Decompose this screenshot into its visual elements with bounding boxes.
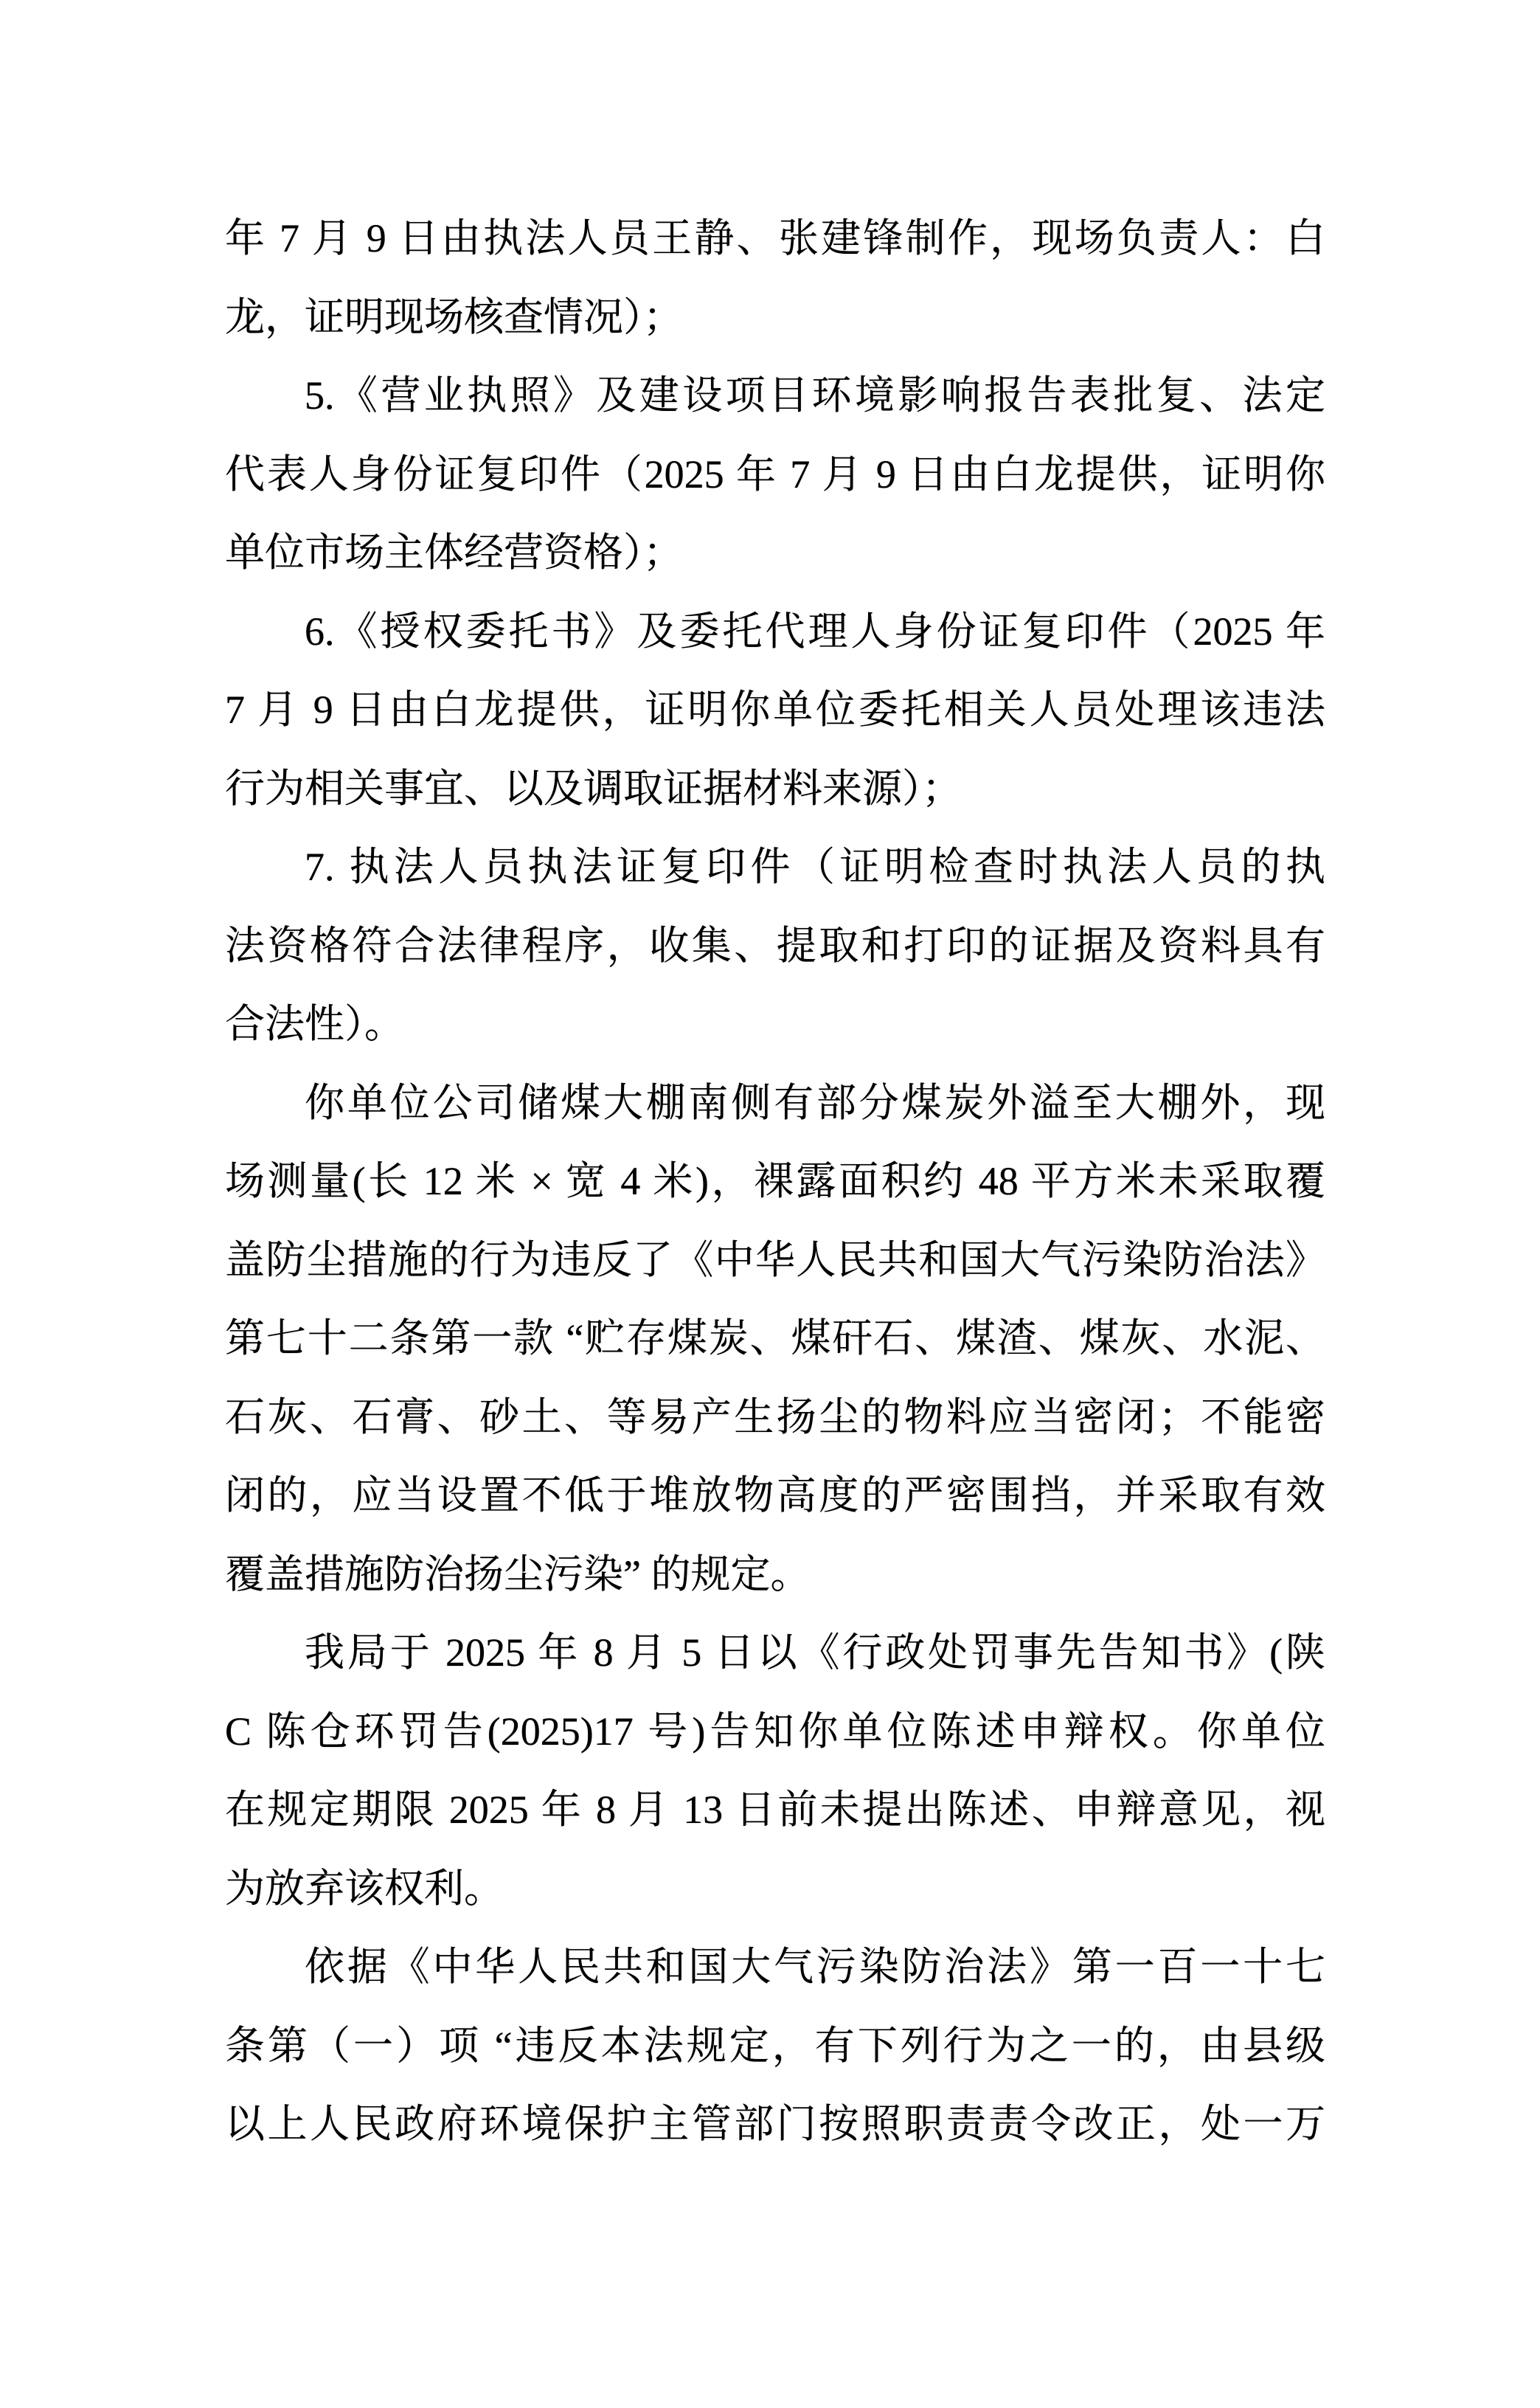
text-line: 为放弃该权利。 <box>225 1850 1325 1928</box>
text-line: 龙，证明现场核查情况）； <box>225 278 1325 357</box>
text-line: 代表人身份证复印件（2025 年 7 月 9 日由白龙提供，证明你 <box>225 435 1325 514</box>
text-line: 覆盖措施防治扬尘污染” 的规定。 <box>225 1535 1325 1614</box>
text-line: 盖防尘措施的行为违反了《中华人民共和国大气污染防治法》 <box>225 1221 1325 1300</box>
text-line: 闭的，应当设置不低于堆放物高度的严密围挡，并采取有效 <box>225 1456 1325 1535</box>
text-line: 6.《授权委托书》及委托代理人身份证复印件（2025 年 <box>225 592 1325 671</box>
text-line: 我局于 2025 年 8 月 5 日以《行政处罚事先告知书》(陕 <box>225 1613 1325 1692</box>
text-line: 第七十二条第一款 “贮存煤炭、煤矸石、煤渣、煤灰、水泥、 <box>225 1299 1325 1378</box>
text-line: 单位市场主体经营资格）； <box>225 513 1325 592</box>
text-line: 你单位公司储煤大棚南侧有部分煤炭外溢至大棚外，现 <box>225 1064 1325 1143</box>
text-line: 年 7 月 9 日由执法人员王静、张建锋制作，现场负责人：白 <box>225 199 1325 278</box>
text-line: 行为相关事宜、以及调取证据材料来源）； <box>225 750 1325 828</box>
document-page: 年 7 月 9 日由执法人员王静、张建锋制作，现场负责人：白龙，证明现场核查情况… <box>0 0 1540 2408</box>
text-line: 法资格符合法律程序，收集、提取和打印的证据及资料具有 <box>225 907 1325 986</box>
text-line: 5.《营业执照》及建设项目环境影响报告表批复、法定 <box>225 356 1325 435</box>
text-line: C 陈仓环罚告(2025)17 号)告知你单位陈述申辩权。你单位 <box>225 1692 1325 1771</box>
text-line: 石灰、石膏、砂土、等易产生扬尘的物料应当密闭；不能密 <box>225 1378 1325 1457</box>
text-line: 场测量(长 12 米 × 宽 4 米)，裸露面积约 48 平方米未采取覆 <box>225 1142 1325 1221</box>
text-line: 7 月 9 日由白龙提供，证明你单位委托相关人员处理该违法 <box>225 671 1325 750</box>
document-body: 年 7 月 9 日由执法人员王静、张建锋制作，现场负责人：白龙，证明现场核查情况… <box>225 199 1325 2164</box>
text-line: 以上人民政府环境保护主管部门按照职责责令改正，处一万 <box>225 2085 1325 2164</box>
text-line: 在规定期限 2025 年 8 月 13 日前未提出陈述、申辩意见，视 <box>225 1771 1325 1850</box>
text-line: 依据《中华人民共和国大气污染防治法》第一百一十七 <box>225 1928 1325 2007</box>
text-line: 条第（一）项 “违反本法规定，有下列行为之一的，由县级 <box>225 2007 1325 2086</box>
text-line: 7. 执法人员执法证复印件（证明检查时执法人员的执 <box>225 828 1325 907</box>
text-line: 合法性）。 <box>225 985 1325 1064</box>
